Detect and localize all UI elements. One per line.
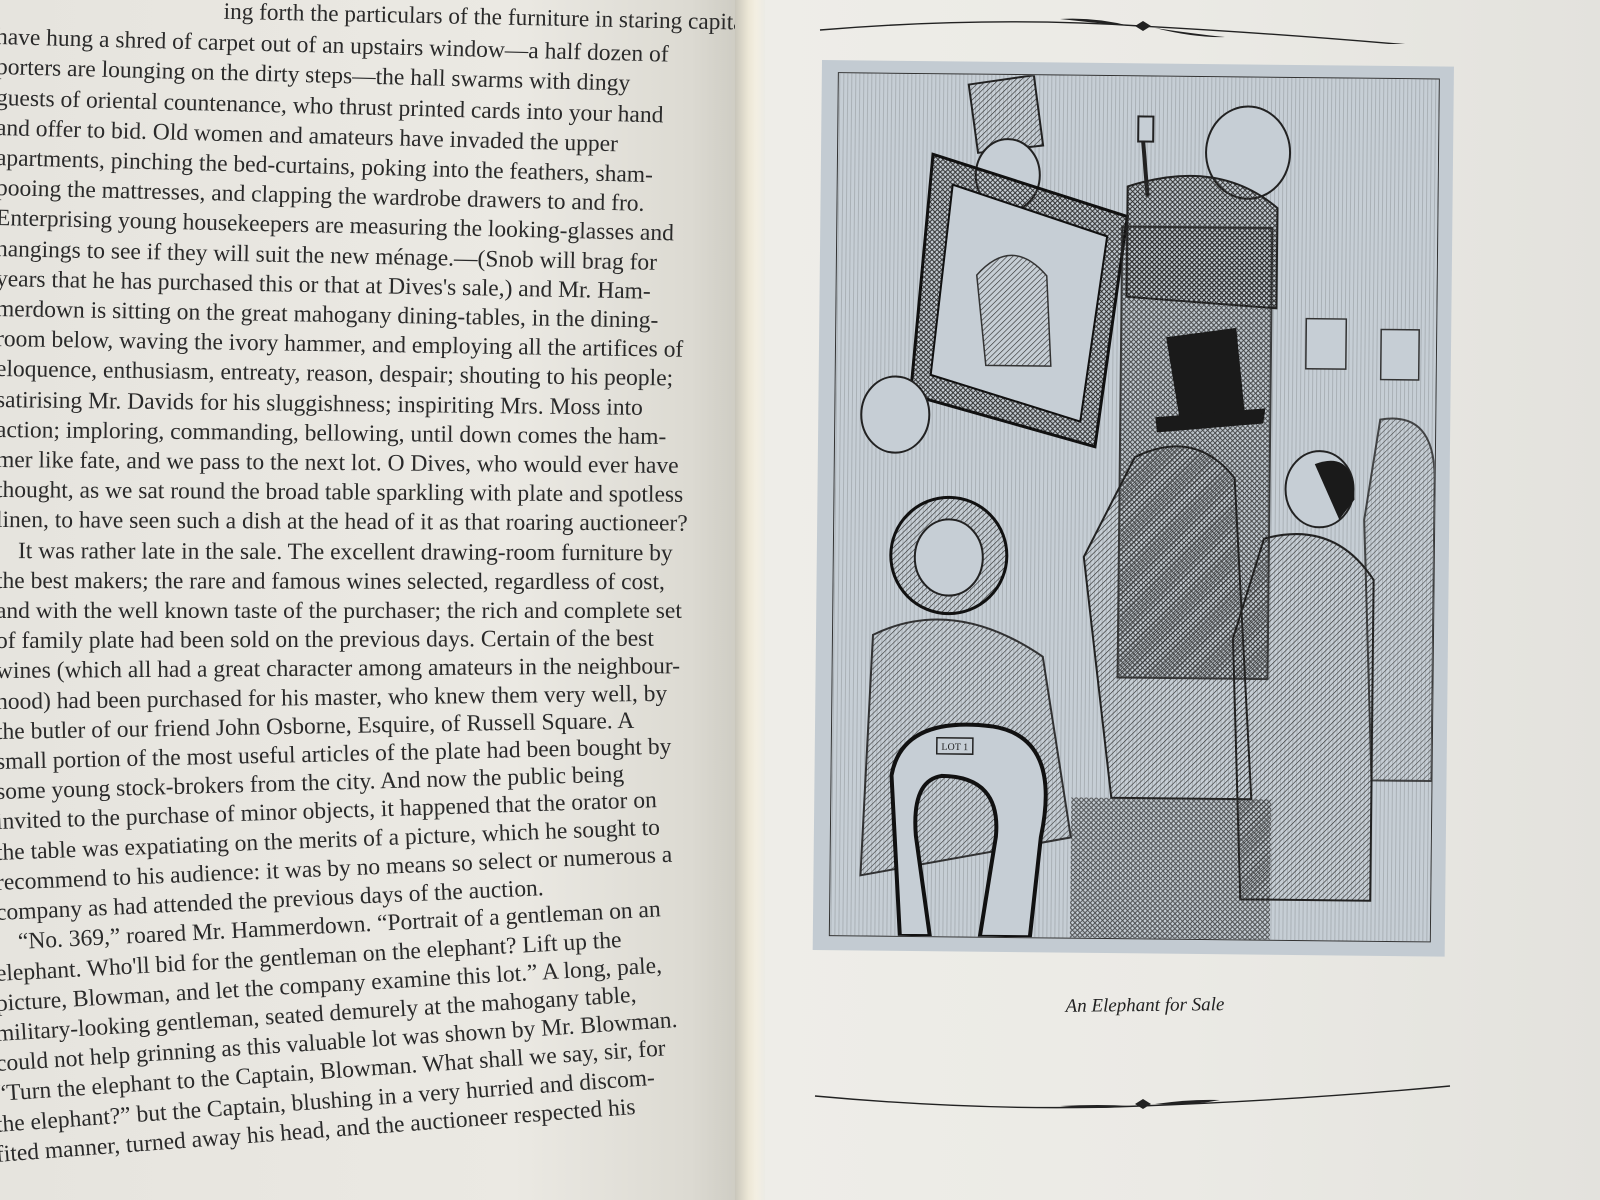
paragraph-start-line: It was rather late in the sale. The exce… (0, 536, 735, 569)
bottom-ornamental-rule (810, 1082, 1470, 1122)
auction-scene-illustration: LOT 1 (830, 73, 1439, 941)
text-line: linen, to have seen such a dish at the h… (0, 505, 735, 539)
book-spread: ing forth the particulars of the furnitu… (0, 0, 1600, 1200)
body-text: ing forth the particulars of the furnitu… (0, 0, 735, 1170)
illustration-caption: An Elephant for Sale (1030, 994, 1260, 1018)
top-ornamental-rule (810, 4, 1470, 44)
ornament-rule-icon (810, 1082, 1470, 1122)
engraving-plate: LOT 1 (813, 60, 1454, 957)
engraving-image: LOT 1 (829, 72, 1440, 942)
ornament-rule-icon (810, 4, 1470, 44)
chair-lot-label: LOT 1 (941, 742, 968, 753)
book-gutter (735, 0, 765, 1200)
text-line: and with the well known taste of the pur… (0, 596, 735, 626)
left-page: ing forth the particulars of the furnitu… (0, 0, 735, 1200)
text-line: the best makers; the rare and famous win… (0, 566, 735, 598)
